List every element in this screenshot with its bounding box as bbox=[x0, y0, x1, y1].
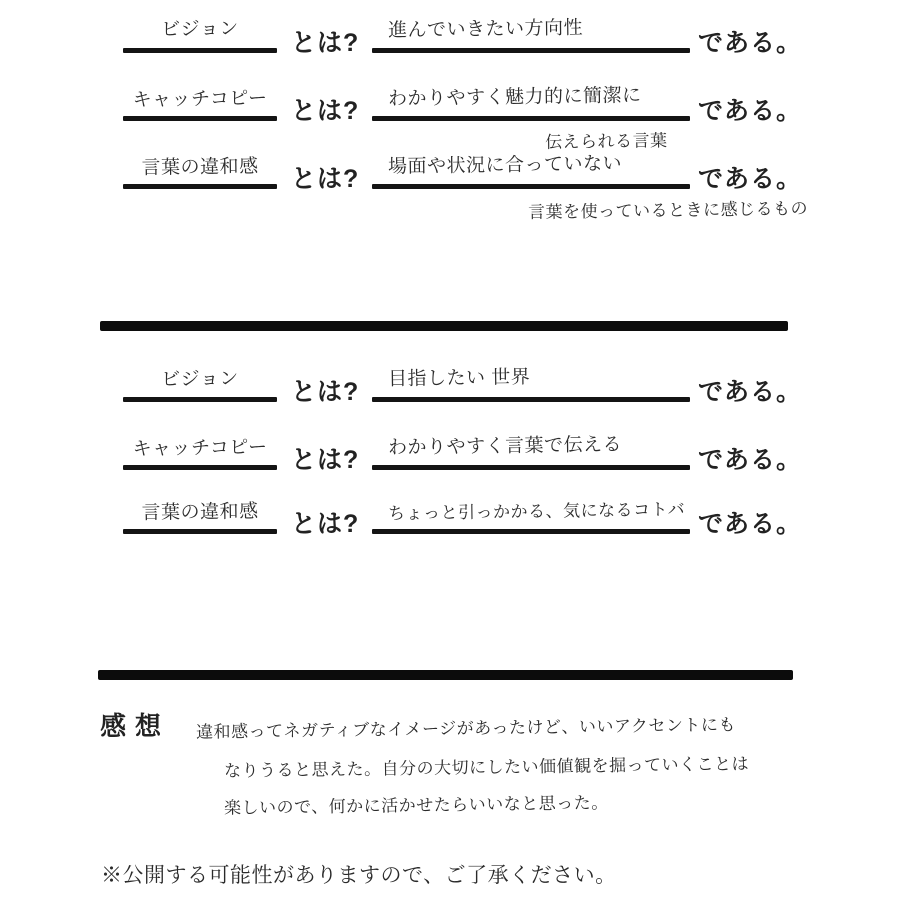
impressions-line: 違和感ってネガティブなイメージがあったけど、いいアクセントにも bbox=[196, 710, 736, 743]
term-blank-line bbox=[123, 116, 277, 121]
impressions-line: 楽しいので、何かに活かせたらいいなと思った。 bbox=[224, 788, 609, 818]
towa-label: とは? bbox=[291, 23, 359, 59]
term-text: ビジョン bbox=[123, 13, 277, 42]
towa-label: とは? bbox=[291, 91, 359, 127]
definition-text: 進んでいきたい方向性 bbox=[388, 13, 583, 43]
definition-blank-line bbox=[372, 397, 690, 402]
definition-text: 目指したい 世界 bbox=[388, 362, 531, 391]
dearu-label: である。 bbox=[698, 159, 802, 195]
footer-note: ※公開する可能性がありますので、ご了承ください。 bbox=[101, 859, 617, 889]
impressions-line: なりうると思えた。自分の大切にしたい価値観を掘っていくことは bbox=[224, 749, 749, 781]
term-text: キャッチコピー bbox=[123, 432, 277, 461]
definition-blank-line bbox=[372, 116, 690, 121]
dearu-label: である。 bbox=[698, 91, 802, 127]
definition-overflow-text: 言葉を使っているときに感じるもの bbox=[528, 194, 808, 223]
definition-text: わかりやすく魅力的に簡潔に bbox=[388, 80, 642, 111]
definition-blank-line bbox=[372, 184, 690, 189]
towa-label: とは? bbox=[291, 159, 359, 195]
section-divider bbox=[98, 670, 793, 680]
term-blank-line bbox=[123, 529, 277, 534]
definition-blank-line bbox=[372, 48, 690, 53]
definition-text: 場面や状況に合っていない bbox=[388, 148, 622, 178]
term-blank-line bbox=[123, 184, 277, 189]
impressions-label: 感想 bbox=[100, 706, 170, 743]
term-blank-line bbox=[123, 397, 277, 402]
dearu-label: である。 bbox=[698, 504, 802, 540]
definition-text: ちょっと引っかかる、気になるコトバ bbox=[388, 495, 685, 524]
term-blank-line bbox=[123, 465, 277, 470]
towa-label: とは? bbox=[291, 372, 359, 408]
section-divider bbox=[100, 321, 788, 331]
dearu-label: である。 bbox=[698, 372, 802, 408]
term-text: ビジョン bbox=[123, 363, 277, 392]
worksheet-page: ビジョン とは? 進んでいきたい方向性 である。 キャッチコピー とは? わかり… bbox=[0, 0, 900, 900]
term-text: 言葉の違和感 bbox=[123, 151, 277, 180]
towa-label: とは? bbox=[291, 504, 359, 540]
dearu-label: である。 bbox=[698, 440, 802, 476]
towa-label: とは? bbox=[291, 440, 359, 476]
term-text: キャッチコピー bbox=[123, 83, 277, 112]
definition-blank-line bbox=[372, 529, 690, 534]
term-blank-line bbox=[123, 48, 277, 53]
dearu-label: である。 bbox=[698, 23, 802, 59]
definition-text: わかりやすく言葉で伝える bbox=[388, 429, 622, 459]
term-text: 言葉の違和感 bbox=[123, 496, 277, 525]
definition-blank-line bbox=[372, 465, 690, 470]
